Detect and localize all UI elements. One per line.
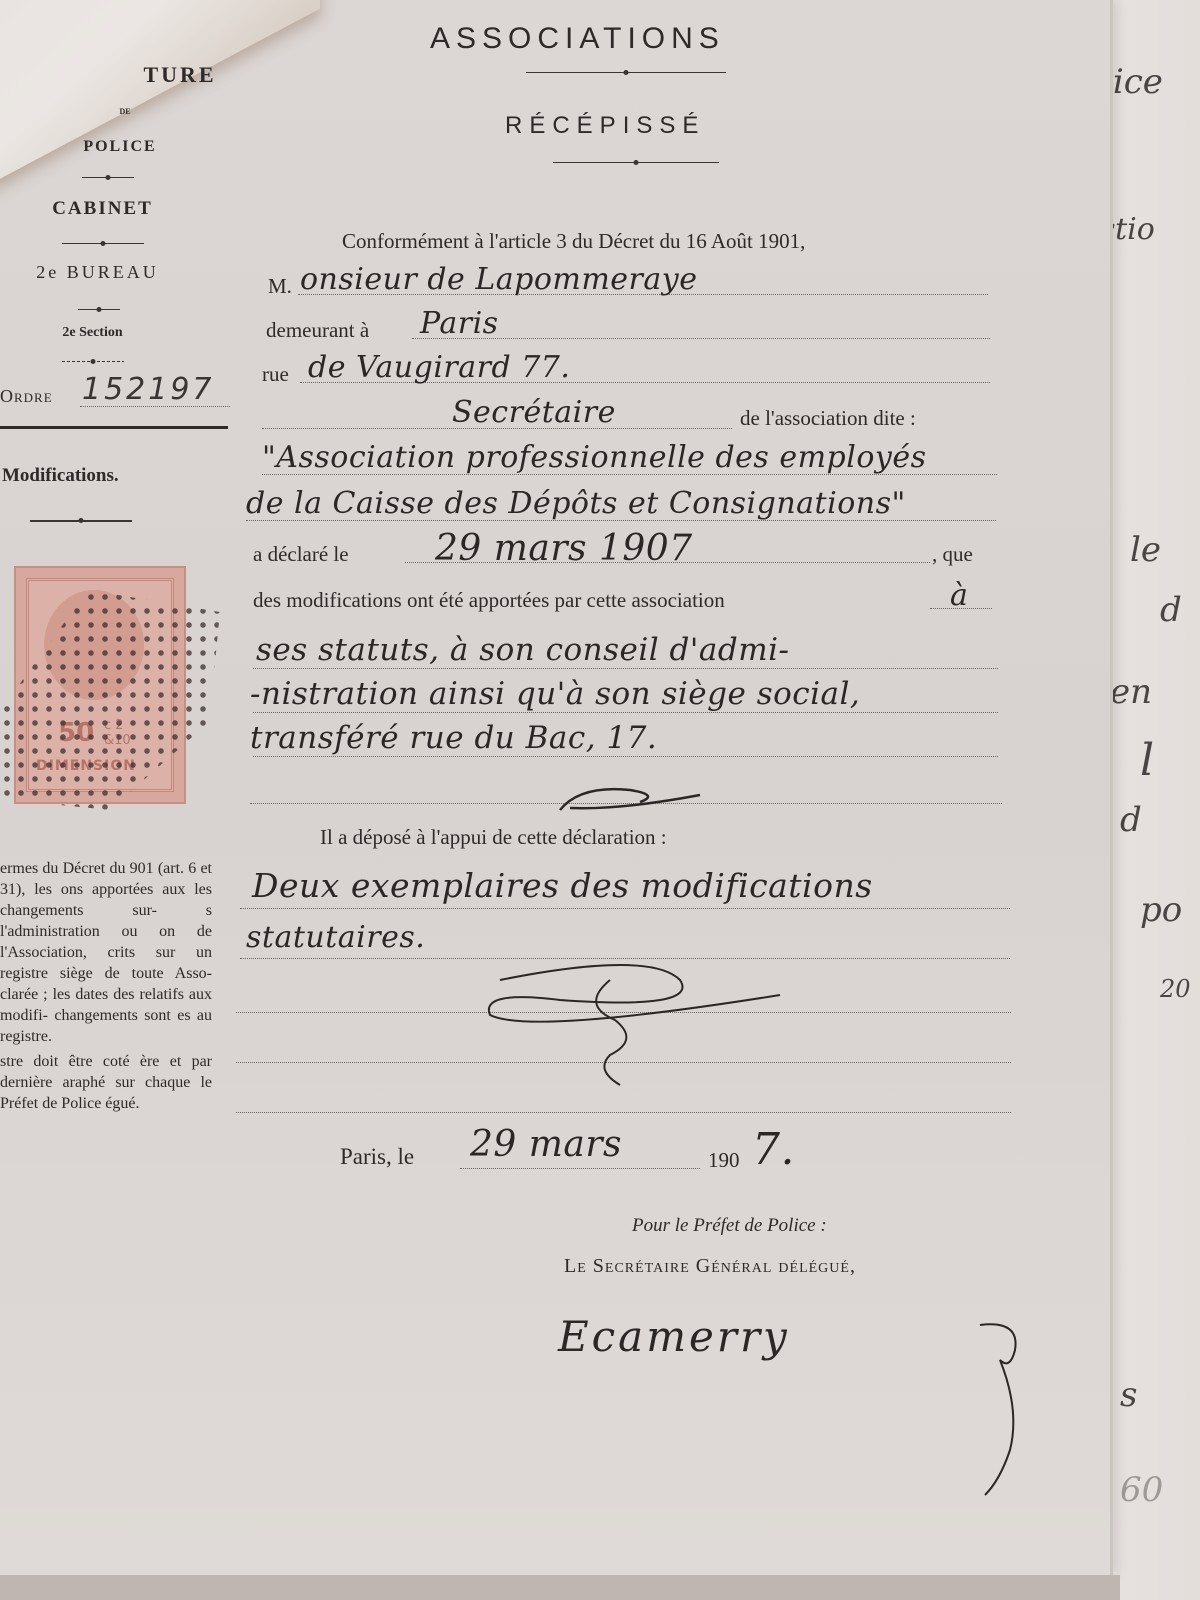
modifications-line1: ses statuts, à son conseil d'admi-: [256, 632, 790, 668]
dotted-line: [240, 958, 1010, 959]
declare-suffix: , que: [932, 542, 973, 567]
legal-paragraph: stre doit être coté ère et par dernière …: [0, 1051, 212, 1114]
ornament-divider: [526, 72, 726, 73]
folded-page-corner: [0, 0, 320, 200]
intro-text: Conformément à l'article 3 du Décret du …: [342, 229, 805, 254]
place-label: Paris, le: [340, 1144, 414, 1170]
bureau-heading: 2e BUREAU: [0, 262, 200, 283]
ordre-label: Ordre: [0, 386, 53, 407]
depose-label: Il a déposé à l'appui de cette déclarati…: [320, 825, 667, 850]
section-heading: 2e Section: [0, 325, 185, 341]
declare-label: a déclaré le: [253, 542, 349, 567]
recepisse-document: TURE DE POLICE CABINET 2e BUREAU 2e Sect…: [0, 0, 1113, 1575]
dotted-line: [240, 908, 1010, 909]
document-title: ASSOCIATIONS: [430, 22, 725, 56]
name-field: onsieur de Lapommeraye: [300, 262, 697, 297]
legal-paragraph: ermes du Décret du 901 (art. 6 et 31), l…: [0, 858, 212, 1047]
demeurant-label: demeurant à: [266, 318, 369, 343]
year-suffix: 7.: [752, 1124, 795, 1175]
deposited-docs-line2: statutaires.: [246, 920, 425, 955]
rue-label: rue: [262, 362, 289, 387]
dotted-line: [236, 1112, 1011, 1113]
bg-fragment: le: [1130, 530, 1161, 570]
signing-date-field: 29 mars: [470, 1124, 622, 1165]
modifications-line3: transféré rue du Bac, 17.: [250, 720, 657, 756]
dotted-line: [253, 756, 998, 757]
ordre-dotted-line: [80, 406, 230, 407]
ornament-divider: [78, 309, 120, 310]
dotted-line: [253, 712, 998, 713]
wavy-divider: [62, 361, 124, 362]
ornament-divider: [82, 177, 134, 178]
signatory-title: Le Secrétaire Général délégué,: [564, 1255, 856, 1278]
document-subtitle: RÉCÉPISSÉ: [505, 112, 705, 140]
city-field: Paris: [420, 306, 499, 341]
left-margin-column: TURE DE POLICE CABINET 2e BUREAU 2e Sect…: [0, 0, 240, 1600]
street-field: de Vaugirard 77.: [308, 350, 570, 385]
deposited-docs-line1: Deux exemplaires des modifications: [252, 866, 873, 905]
signature: Ecamerry: [558, 1312, 790, 1361]
document-bottom-edge: [0, 1575, 1120, 1600]
closing-flourish: [540, 770, 720, 830]
association-label: de l'association dite :: [740, 406, 916, 431]
ornament-divider: [30, 520, 132, 522]
cabinet-heading: CABINET: [0, 198, 205, 220]
modifications-heading: Modifications.: [2, 465, 119, 487]
dotted-line: [253, 668, 998, 669]
bg-fragment: d: [1160, 590, 1182, 630]
ornament-divider: [62, 243, 144, 244]
bg-fragment: l: [1140, 735, 1154, 786]
police-heading: POLICE: [20, 138, 220, 156]
de-label: DE: [95, 107, 155, 116]
dotted-line: [460, 1168, 700, 1169]
bg-fragment: 60: [1120, 1470, 1163, 1510]
pour-prefet-label: Pour le Préfet de Police :: [632, 1215, 827, 1237]
legal-notice: ermes du Décret du 901 (art. 6 et 31), l…: [0, 858, 212, 1118]
association-name-line1: "Association professionnelle des employé…: [262, 440, 927, 475]
bg-fragment: en: [1110, 672, 1152, 712]
bg-fragment: 20: [1160, 975, 1191, 1003]
closing-flourish-large: [470, 960, 800, 1090]
ordre-rule: [0, 426, 228, 429]
year-prefix: 190: [708, 1148, 740, 1173]
modifications-label: des modifications ont été apportées par …: [253, 588, 725, 613]
modifications-field-start: à: [950, 578, 968, 613]
bg-fragment: d: [1120, 800, 1142, 840]
signature-tail: [940, 1310, 1030, 1500]
ordre-number: 152197: [82, 372, 215, 407]
bg-fragment: po: [1140, 890, 1182, 930]
m-label: M.: [268, 274, 292, 299]
ornament-divider: [553, 162, 719, 163]
bg-fragment: s: [1120, 1375, 1137, 1415]
association-name-line2: de la Caisse des Dépôts et Consignations…: [246, 486, 906, 521]
prefecture-heading: TURE: [80, 62, 280, 88]
declaration-date-field: 29 mars 1907: [435, 528, 693, 569]
modifications-line2: -nistration ainsi qu'à son siège social,: [250, 676, 860, 712]
role-field: Secrétaire: [452, 395, 616, 430]
